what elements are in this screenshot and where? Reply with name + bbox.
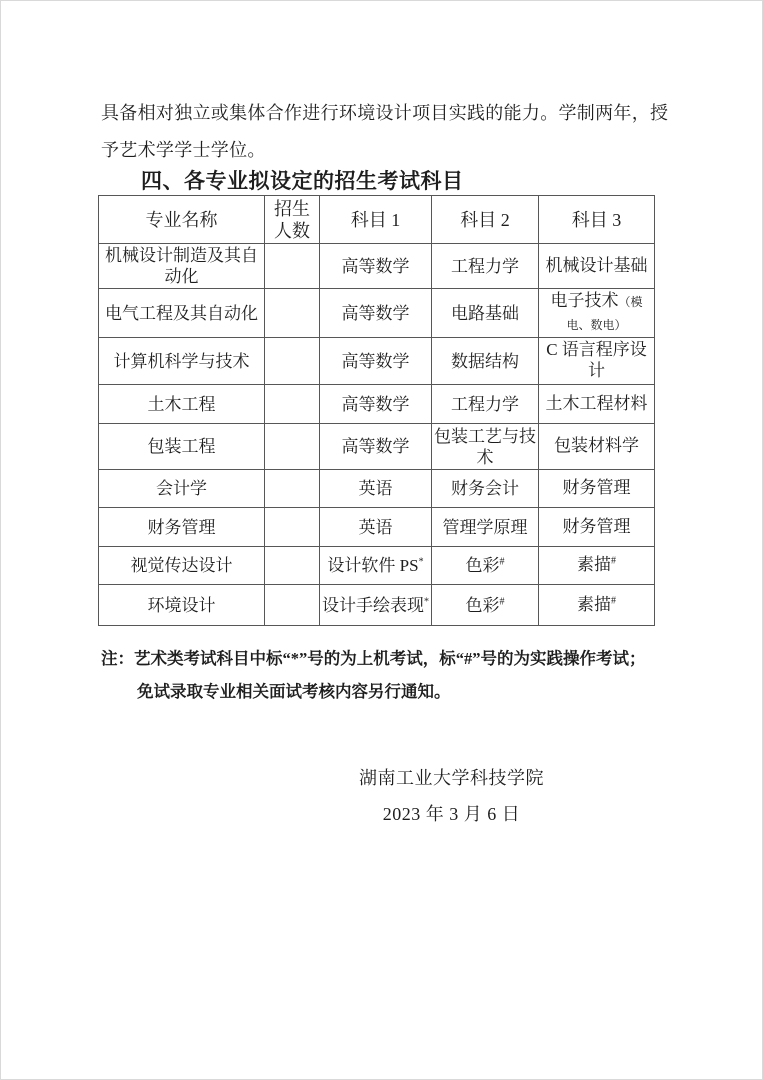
header-cell-major: 专业名称	[99, 196, 265, 244]
cell-subject3: 机械设计基础	[539, 244, 655, 289]
table-row: 会计学 英语 财务会计 财务管理	[99, 470, 655, 508]
cell-major: 财务管理	[99, 508, 265, 547]
cell-subject3: 包装材料学	[539, 424, 655, 470]
table-row: 电气工程及其自动化 高等数学 电路基础 电子技术（模电、数电）	[99, 289, 655, 338]
cell-quota	[265, 470, 320, 508]
footnote: 注：艺术类考试科目中标“*”号的为上机考试，标“#”号的为实践操作考试； 免试录…	[101, 642, 662, 708]
document-page: 具备相对独立或集体合作进行环境设计项目实践的能力。学制两年，授 予艺术学学士学位…	[0, 0, 763, 1080]
cell-subject2: 数据结构	[432, 338, 539, 385]
cell-major: 包装工程	[99, 424, 265, 470]
intro-paragraph: 具备相对独立或集体合作进行环境设计项目实践的能力。学制两年，授 予艺术学学士学位…	[101, 95, 662, 169]
page-content: 具备相对独立或集体合作进行环境设计项目实践的能力。学制两年，授 予艺术学学士学位…	[1, 1, 762, 832]
exam-subjects-table: 专业名称 招生人数 科目 1 科目 2 科目 3 机械设计制造及其自动化 高等数…	[98, 195, 655, 626]
footnote-line: 免试录取专业相关面试考核内容另行通知。	[101, 675, 662, 708]
cell-subject2: 色彩#	[432, 547, 539, 585]
header-cell-subject1: 科目 1	[320, 196, 432, 244]
table-row: 包装工程 高等数学 包装工艺与技术 包装材料学	[99, 424, 655, 470]
intro-line: 具备相对独立或集体合作进行环境设计项目实践的能力。学制两年，授	[101, 95, 662, 132]
table-row: 计算机科学与技术 高等数学 数据结构 C 语言程序设计	[99, 338, 655, 385]
cell-quota	[265, 289, 320, 338]
cell-subject1: 高等数学	[320, 385, 432, 424]
cell-subject1: 英语	[320, 508, 432, 547]
cell-subject2: 财务会计	[432, 470, 539, 508]
table-header-row: 专业名称 招生人数 科目 1 科目 2 科目 3	[99, 196, 655, 244]
cell-quota	[265, 385, 320, 424]
header-cell-quota: 招生人数	[265, 196, 320, 244]
signature-block: 湖南工业大学科技学院 2023 年 3 月 6 日	[359, 760, 544, 832]
cell-major: 机械设计制造及其自动化	[99, 244, 265, 289]
signature-org: 湖南工业大学科技学院	[359, 760, 544, 796]
cell-major: 视觉传达设计	[99, 547, 265, 585]
cell-subject2: 电路基础	[432, 289, 539, 338]
cell-subject1: 设计软件 PS*	[320, 547, 432, 585]
cell-subject3: 素描#	[539, 585, 655, 626]
table-row: 土木工程 高等数学 工程力学 土木工程材料	[99, 385, 655, 424]
cell-subject3: 素描#	[539, 547, 655, 585]
cell-quota	[265, 585, 320, 626]
cell-subject2: 包装工艺与技术	[432, 424, 539, 470]
section-heading: 四、各专业拟设定的招生考试科目	[101, 169, 662, 195]
table-row: 机械设计制造及其自动化 高等数学 工程力学 机械设计基础	[99, 244, 655, 289]
cell-subject3: 电子技术（模电、数电）	[539, 289, 655, 338]
cell-subject1: 高等数学	[320, 338, 432, 385]
cell-quota	[265, 508, 320, 547]
cell-subject2: 色彩#	[432, 585, 539, 626]
cell-subject2: 工程力学	[432, 385, 539, 424]
cell-quota	[265, 338, 320, 385]
cell-subject2: 工程力学	[432, 244, 539, 289]
table-row: 视觉传达设计 设计软件 PS* 色彩# 素描#	[99, 547, 655, 585]
cell-subject1: 高等数学	[320, 424, 432, 470]
cell-major: 会计学	[99, 470, 265, 508]
cell-subject1: 设计手绘表现*	[320, 585, 432, 626]
intro-line: 予艺术学学士学位。	[101, 132, 662, 169]
table-row: 财务管理 英语 管理学原理 财务管理	[99, 508, 655, 547]
cell-quota	[265, 424, 320, 470]
cell-subject1: 英语	[320, 470, 432, 508]
cell-subject2: 管理学原理	[432, 508, 539, 547]
cell-quota	[265, 547, 320, 585]
cell-subject3: 土木工程材料	[539, 385, 655, 424]
header-cell-subject3: 科目 3	[539, 196, 655, 244]
header-cell-subject2: 科目 2	[432, 196, 539, 244]
cell-subject1: 高等数学	[320, 289, 432, 338]
table-row: 环境设计 设计手绘表现* 色彩# 素描#	[99, 585, 655, 626]
cell-subject3: C 语言程序设计	[539, 338, 655, 385]
cell-major: 计算机科学与技术	[99, 338, 265, 385]
signature-date: 2023 年 3 月 6 日	[359, 796, 544, 832]
cell-quota	[265, 244, 320, 289]
cell-major: 环境设计	[99, 585, 265, 626]
cell-major: 土木工程	[99, 385, 265, 424]
cell-subject3: 财务管理	[539, 508, 655, 547]
cell-major: 电气工程及其自动化	[99, 289, 265, 338]
footnote-line: 注：艺术类考试科目中标“*”号的为上机考试，标“#”号的为实践操作考试；	[101, 642, 662, 675]
cell-subject3: 财务管理	[539, 470, 655, 508]
cell-subject1: 高等数学	[320, 244, 432, 289]
